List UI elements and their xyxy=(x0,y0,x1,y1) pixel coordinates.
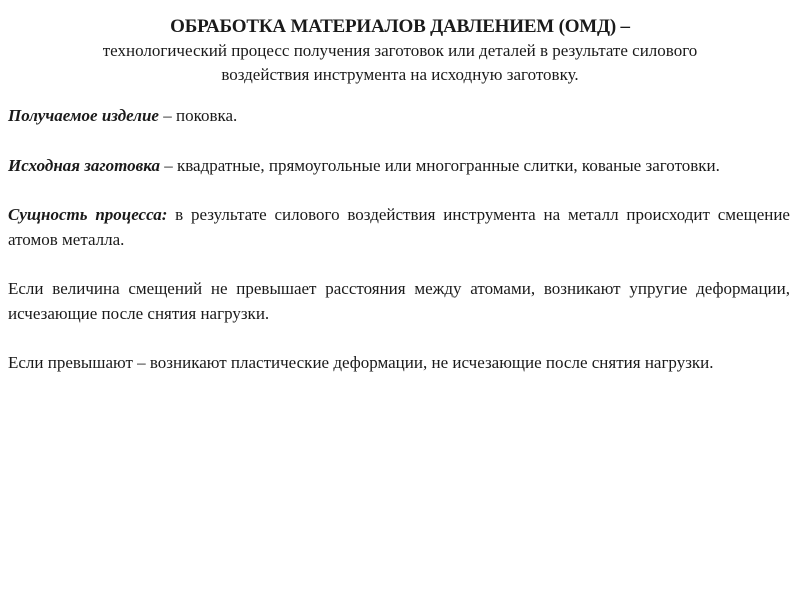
paragraph-essence: Сущность процесса: в результате силового… xyxy=(8,203,790,252)
elastic-deformation-text: Если величина смещений не превышает расс… xyxy=(8,279,790,323)
paragraph-plastic: Если превышают – возникают пластические … xyxy=(8,351,790,376)
definition-product: – поковка. xyxy=(159,106,237,125)
paragraph-elastic: Если величина смещений не превышает расс… xyxy=(8,277,790,326)
term-product: Получаемое изделие xyxy=(8,106,159,125)
paragraph-product: Получаемое изделие – поковка. xyxy=(8,104,790,129)
definition-blank: – квадратные, прямоугольные или многогра… xyxy=(160,156,720,175)
plastic-deformation-text: Если превышают – возникают пластические … xyxy=(8,353,714,372)
subtitle-line-1: технологический процесс получения загото… xyxy=(40,39,760,63)
subtitle-line-2: воздействия инструмента на исходную заго… xyxy=(40,63,760,87)
slide-title: ОБРАБОТКА МАТЕРИАЛОВ ДАВЛЕНИЕМ (ОМД) – xyxy=(40,14,760,39)
term-essence: Сущность процесса: xyxy=(8,205,167,224)
term-blank: Исходная заготовка xyxy=(8,156,160,175)
slide-body: Получаемое изделие – поковка. Исходная з… xyxy=(8,104,790,401)
paragraph-blank: Исходная заготовка – квадратные, прямоуг… xyxy=(8,154,790,179)
title-block: ОБРАБОТКА МАТЕРИАЛОВ ДАВЛЕНИЕМ (ОМД) – т… xyxy=(40,14,760,87)
slide: ОБРАБОТКА МАТЕРИАЛОВ ДАВЛЕНИЕМ (ОМД) – т… xyxy=(0,0,800,600)
